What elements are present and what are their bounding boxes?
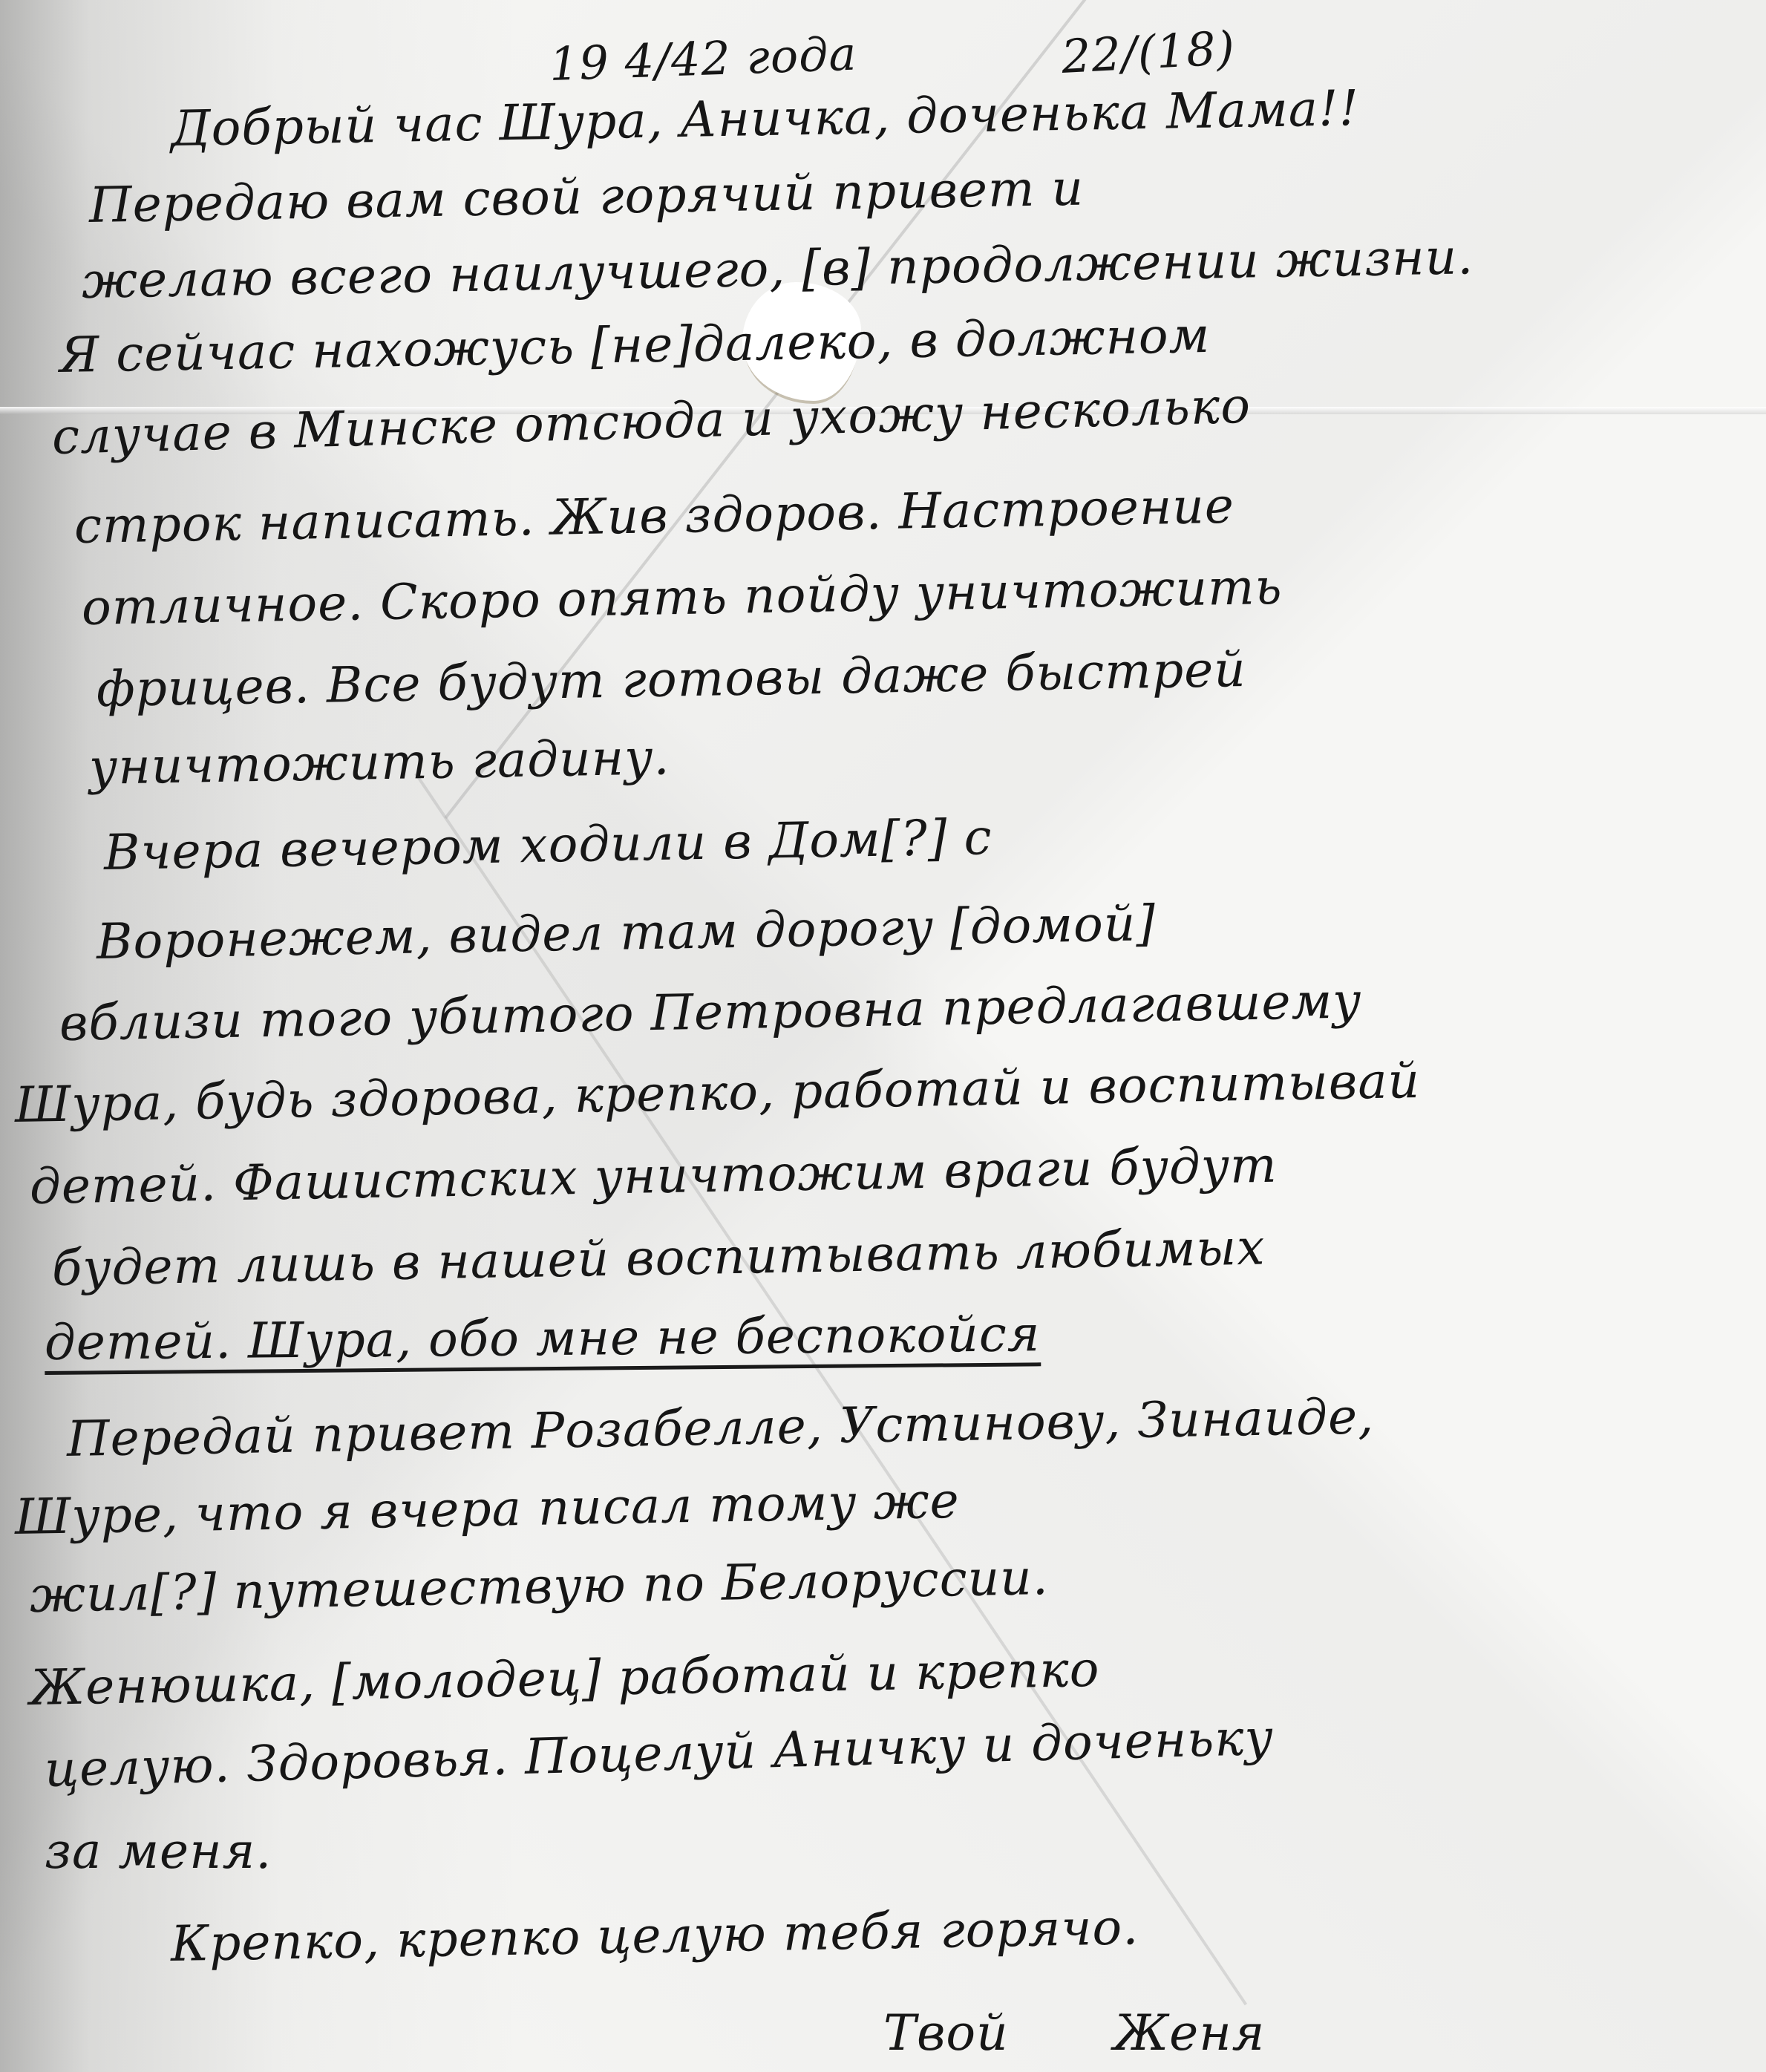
letter-line: уничтожить гадину. [88, 728, 670, 796]
signature-prefix: Твой [883, 2004, 1009, 2062]
signature-name: Женя [1113, 2004, 1265, 2062]
letter-line: за меня. [45, 1823, 272, 1880]
letter-year: 19 4/42 года [549, 27, 858, 91]
letter-line: детей. Шура, обо мне не беспокойся [45, 1305, 1041, 1375]
letter-date: 22/(18) [1060, 21, 1237, 84]
